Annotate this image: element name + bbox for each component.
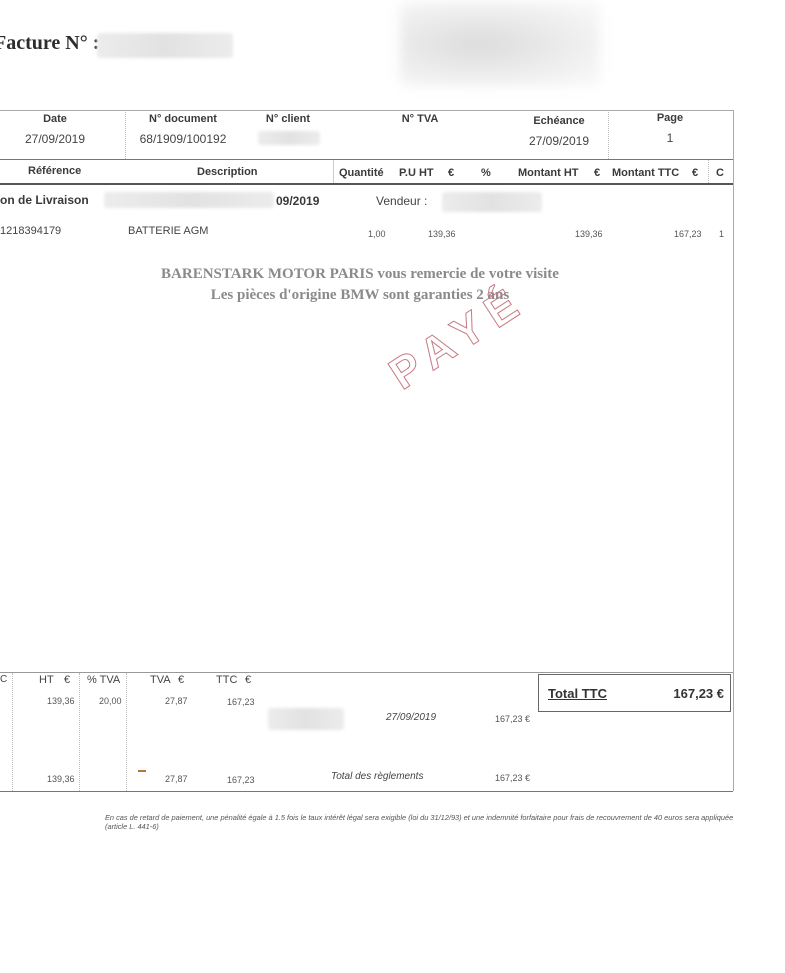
info-top-border xyxy=(0,110,733,111)
col-unit-price: P.U HT xyxy=(399,167,434,179)
due-label: Echéance xyxy=(520,115,598,127)
divider xyxy=(333,160,334,183)
client-label: N° client xyxy=(258,113,318,125)
divider xyxy=(126,673,127,791)
vat-total-ttc: 167,23 xyxy=(227,775,255,785)
line-code: 1 xyxy=(719,229,724,239)
vat-tva: 27,87 xyxy=(165,696,188,706)
col-amount-ttc: Montant TTC xyxy=(612,167,679,179)
vat-col-ttc: TTC xyxy=(216,674,237,686)
page-value: 1 xyxy=(640,131,700,145)
thanks-line-2: Les pièces d'origine BMW sont garanties … xyxy=(120,285,600,306)
vat-rate: 20,00 xyxy=(99,696,122,706)
date-label: Date xyxy=(20,113,90,125)
vat-ht: 139,36 xyxy=(47,696,75,706)
invoice-title: Facture N° : xyxy=(0,32,99,55)
doc-value: 68/1909/100192 xyxy=(133,132,233,146)
col-amount-ttc-currency: € xyxy=(692,167,698,179)
delivery-ref-redacted xyxy=(104,192,274,208)
vat-col-ttc-currency: € xyxy=(245,674,251,686)
seller-redacted xyxy=(442,192,542,212)
vat-col-ht-currency: € xyxy=(64,674,70,686)
col-code: C xyxy=(716,167,724,179)
column-header-border xyxy=(0,183,733,185)
delivery-label: on de Livraison xyxy=(0,193,89,207)
vat-col-ht: HT xyxy=(39,674,54,686)
total-ttc-label: Total TTC xyxy=(548,686,607,701)
col-quantity: Quantité xyxy=(339,167,384,179)
vat-total-tva: 27,87 xyxy=(165,774,188,784)
col-reference: Référence xyxy=(28,165,81,177)
vat-col-rate: % TVA xyxy=(87,674,120,686)
line-description: BATTERIE AGM xyxy=(128,225,208,237)
thanks-message: BARENSTARK MOTOR PARIS vous remercie de … xyxy=(120,264,600,306)
total-ttc-value: 167,23 € xyxy=(673,686,724,701)
right-border xyxy=(733,110,734,791)
due-value: 27/09/2019 xyxy=(518,134,600,148)
col-discount: % xyxy=(481,167,491,179)
divider xyxy=(12,673,13,791)
vat-total-ht: 139,36 xyxy=(47,774,75,784)
payments-total-label: Total des règlements xyxy=(331,771,423,782)
divider xyxy=(608,112,609,159)
line-quantity: 1,00 xyxy=(368,229,386,239)
line-amount-ht: 139,36 xyxy=(575,229,603,239)
payments-total-amount: 167,23 € xyxy=(495,773,530,783)
divider xyxy=(125,112,126,159)
seller-label: Vendeur : xyxy=(376,194,427,208)
legal-notice: En cas de retard de paiement, une pénali… xyxy=(105,813,735,831)
dash-mark xyxy=(138,770,146,772)
delivery-date: 09/2019 xyxy=(276,194,319,208)
summary-top-border xyxy=(0,672,733,673)
divider xyxy=(708,160,709,183)
vat-col-tva: TVA xyxy=(150,674,171,686)
line-reference: 1218394179 xyxy=(0,225,61,237)
vat-col-code: C xyxy=(0,674,7,685)
thanks-line-1: BARENSTARK MOTOR PARIS vous remercie de … xyxy=(120,264,600,285)
payment-method-redacted xyxy=(268,708,344,730)
col-amount-ht-currency: € xyxy=(594,167,600,179)
total-ttc-box: Total TTC 167,23 € xyxy=(538,674,731,712)
col-description: Description xyxy=(197,166,258,178)
invoice-number-redacted xyxy=(97,33,233,58)
line-unit-price: 139,36 xyxy=(428,229,456,239)
info-bottom-border xyxy=(0,159,733,160)
client-value-redacted xyxy=(258,131,320,145)
payment-date: 27/09/2019 xyxy=(386,712,436,723)
line-amount-ttc: 167,23 xyxy=(674,229,702,239)
payment-amount: 167,23 € xyxy=(495,714,530,724)
tva-label: N° TVA xyxy=(390,113,450,125)
vat-col-tva-currency: € xyxy=(178,674,184,686)
col-unit-price-currency: € xyxy=(448,167,454,179)
summary-bottom-border xyxy=(0,791,733,792)
doc-label: N° document xyxy=(138,113,228,125)
page-label: Page xyxy=(640,112,700,124)
address-redacted xyxy=(400,2,600,86)
vat-ttc: 167,23 xyxy=(227,697,255,707)
divider xyxy=(79,673,80,791)
date-value: 27/09/2019 xyxy=(15,132,95,146)
col-amount-ht: Montant HT xyxy=(518,167,578,179)
